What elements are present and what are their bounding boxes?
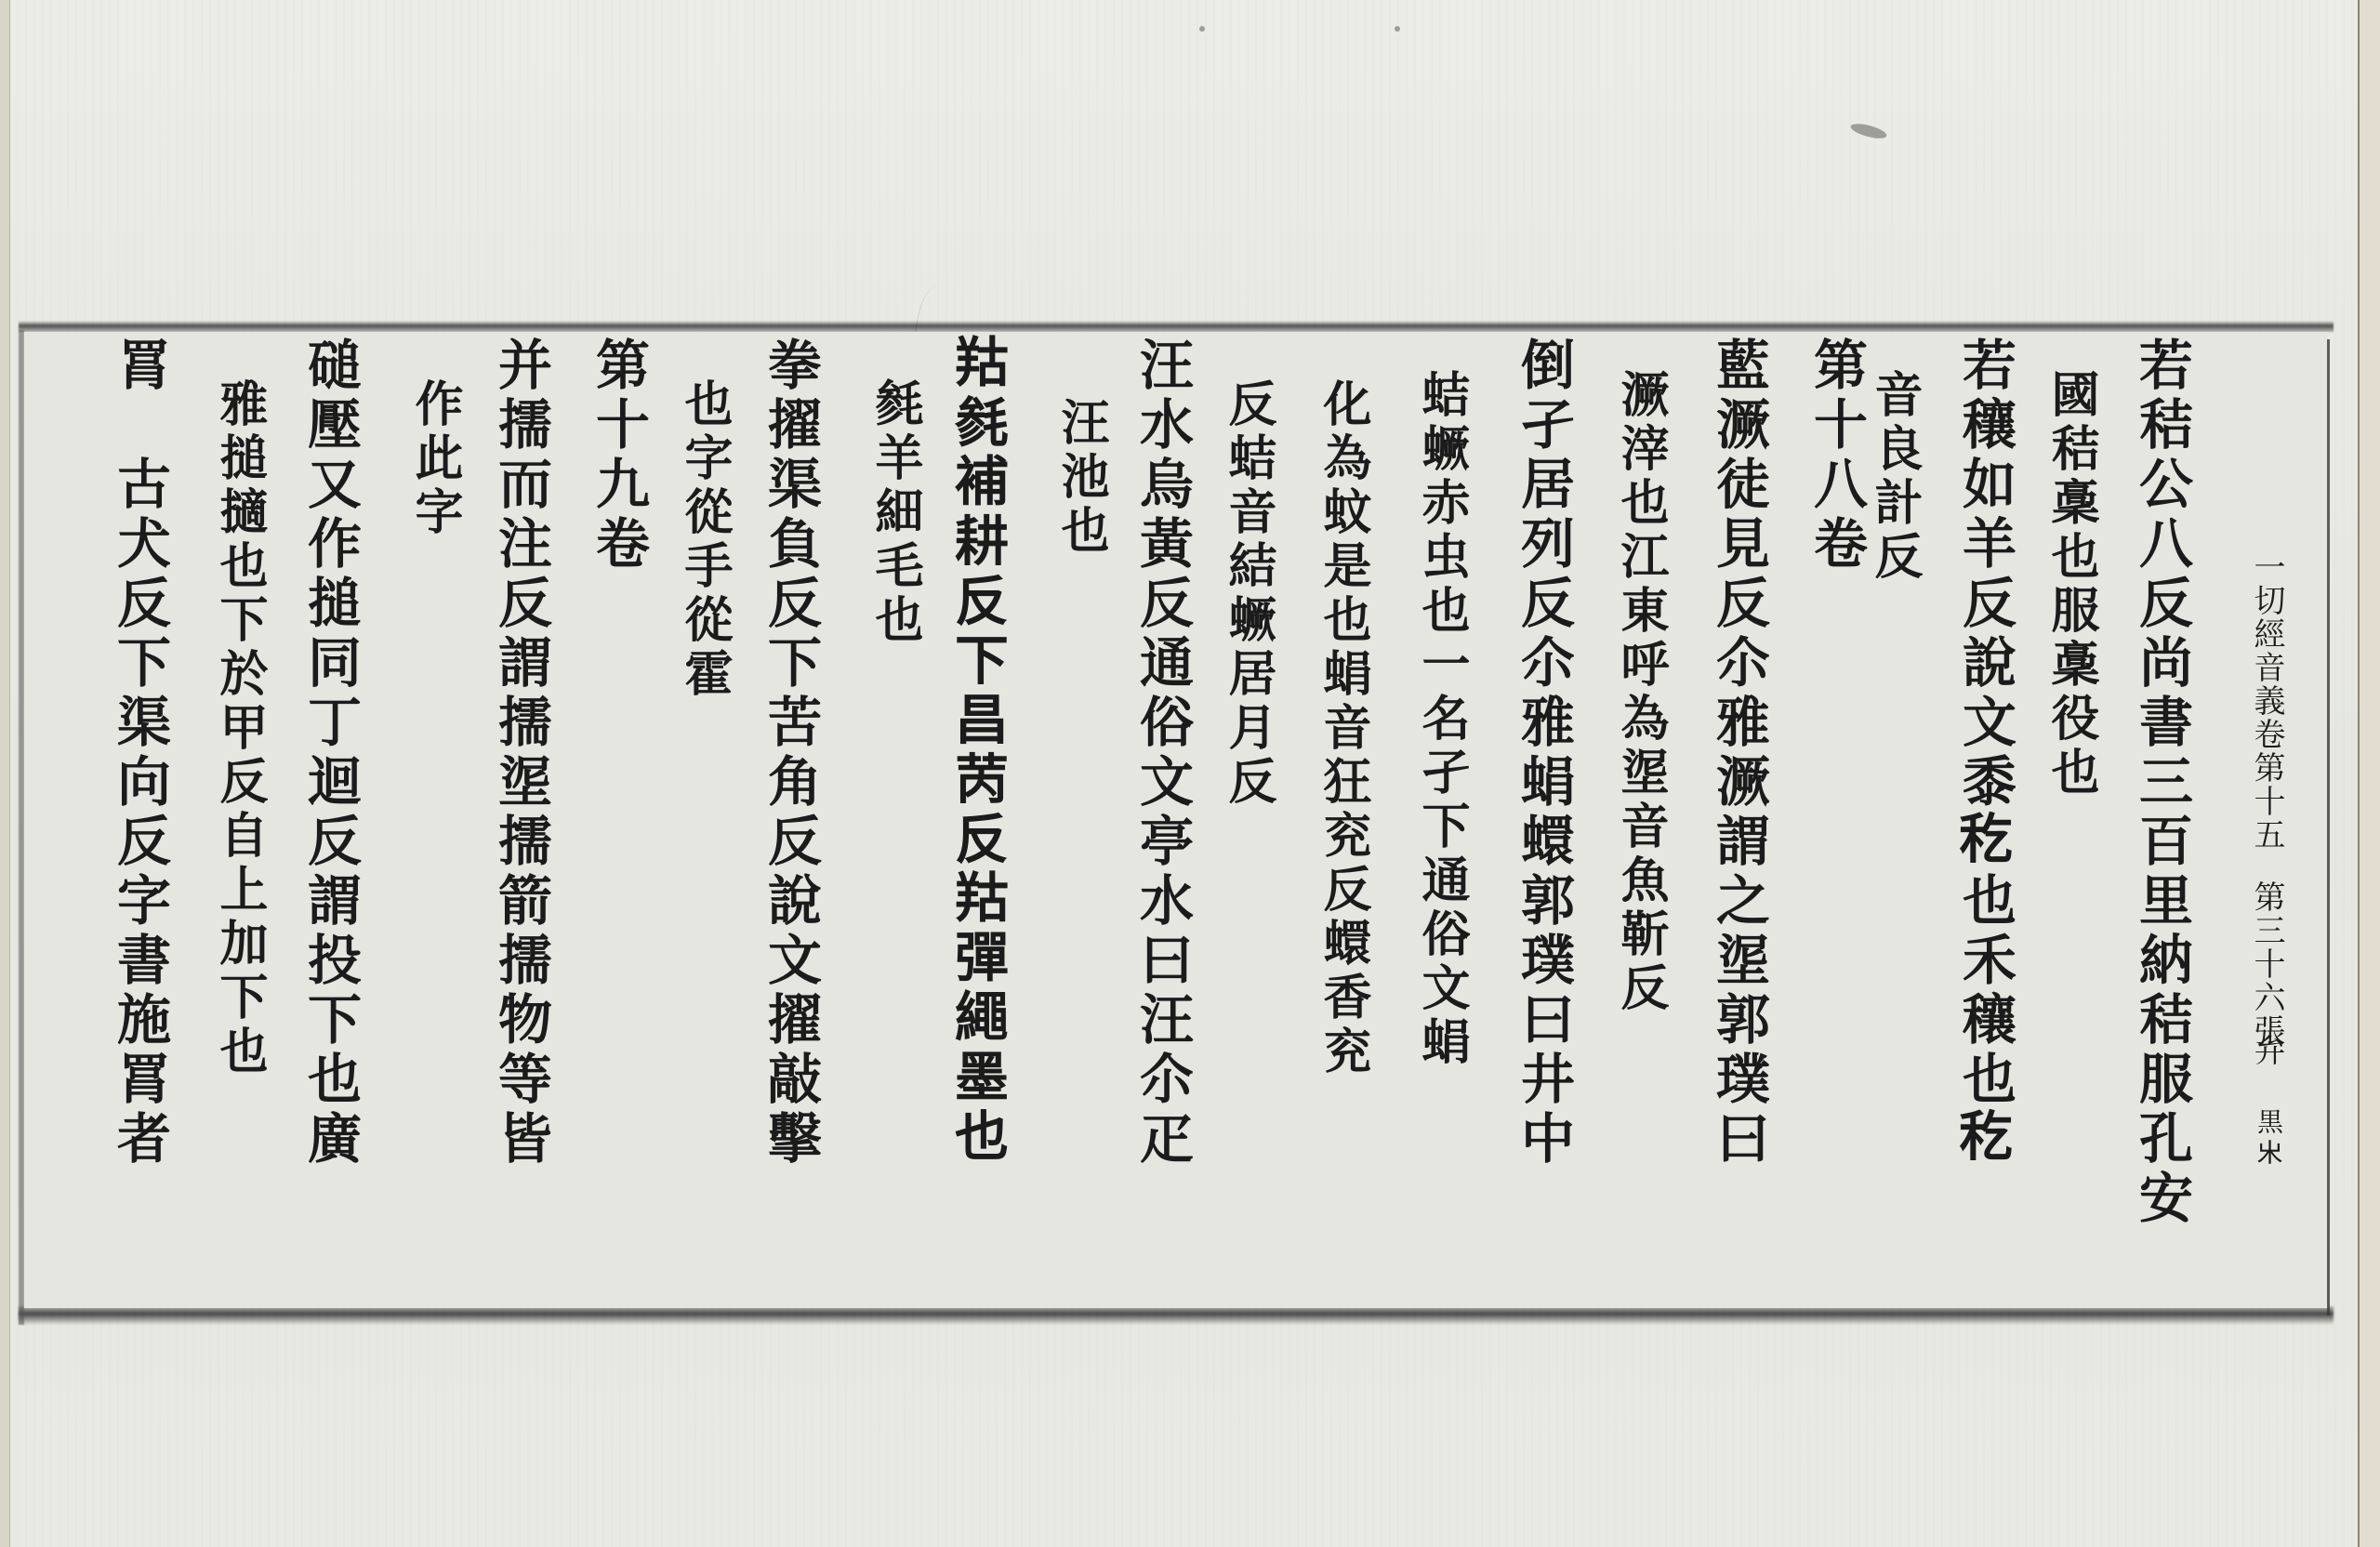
ink-mark: 黒𣎵 bbox=[2255, 1108, 2281, 1171]
text-column-9: 蛣蟩赤虫也一名孑下通俗文蜎 bbox=[1417, 369, 1465, 1070]
text-column-7: 㵐滓也江東呼為埿音魚靳反 bbox=[1616, 369, 1664, 1016]
print-block-right-border bbox=[2327, 339, 2330, 1316]
text-column-10: 化為蚊是也蜎音狂兖反蠉香兖 bbox=[1318, 378, 1367, 1079]
left-page-edge bbox=[0, 0, 10, 1547]
text-column-17: 也字從手從霍 bbox=[680, 378, 728, 702]
carver-mark: 弁 bbox=[2251, 1034, 2282, 1067]
text-column-12: 汪水烏黃反通俗文亭水曰汪尒疋 bbox=[1135, 337, 1189, 1170]
text-column-22: 雅搥擿也下於甲反自上加下也 bbox=[215, 378, 263, 1079]
text-column-11: 反蛣音結蟩居月反 bbox=[1223, 378, 1272, 810]
volume-title: 一切經音義卷第十五 bbox=[2251, 550, 2282, 852]
text-column-18-chapter-heading: 第十九卷 bbox=[591, 337, 645, 575]
ink-speck bbox=[1395, 26, 1400, 32]
text-column-5-chapter-heading: 第十八卷 bbox=[1809, 337, 1863, 575]
print-block-top-border bbox=[19, 321, 2334, 332]
text-column-23: 罥𦈉古犬反下渠向反字書施罥者 bbox=[112, 337, 166, 1170]
text-column-6: 藍㵐徒見反尒雅㵐謂之埿郭璞曰 bbox=[1712, 337, 1765, 1170]
text-column-20: 作此字 bbox=[410, 378, 458, 540]
print-block-bottom-border bbox=[19, 1306, 2334, 1325]
print-block: 一切經音義卷第十五 第三十六張 弁 黒𣎵 若秸公八反尚書三百里納秸服孔安 國秸稾… bbox=[24, 332, 2328, 1308]
right-page-edge bbox=[2358, 0, 2380, 1547]
page-label: 第三十六張 bbox=[2251, 880, 2282, 1048]
text-column-2: 國秸稾也服稾役也 bbox=[2046, 369, 2095, 800]
text-column-19: 并擩而注反謂擩埿擩箭擩物等皆 bbox=[494, 337, 548, 1170]
text-column-3: 若穰如羊反說文黍𥝖也禾穰也𥝖 bbox=[1958, 337, 2012, 1170]
text-column-14: 𦍩毵補耕反下昌苪反𦍩彈繩墨也 bbox=[954, 337, 1008, 1170]
text-column-1: 若秸公八反尚書三百里納秸服孔安 bbox=[2135, 337, 2188, 1229]
text-column-4: 音良計反 bbox=[1870, 369, 1918, 585]
text-column-15: 毵羊細毛也 bbox=[870, 378, 919, 648]
text-column-13: 汪池也 bbox=[1056, 397, 1104, 559]
text-column-21: 磓壓又作搥同丁迴反謂投下也廣 bbox=[303, 337, 357, 1170]
text-column-8: 倒孑居列反尒雅蜎蠉郭璞曰井中 bbox=[1516, 337, 1570, 1170]
ink-speck bbox=[1199, 26, 1205, 32]
text-column-16: 拳擢渠負反下苦角反說文擢敲擊 bbox=[763, 337, 817, 1170]
